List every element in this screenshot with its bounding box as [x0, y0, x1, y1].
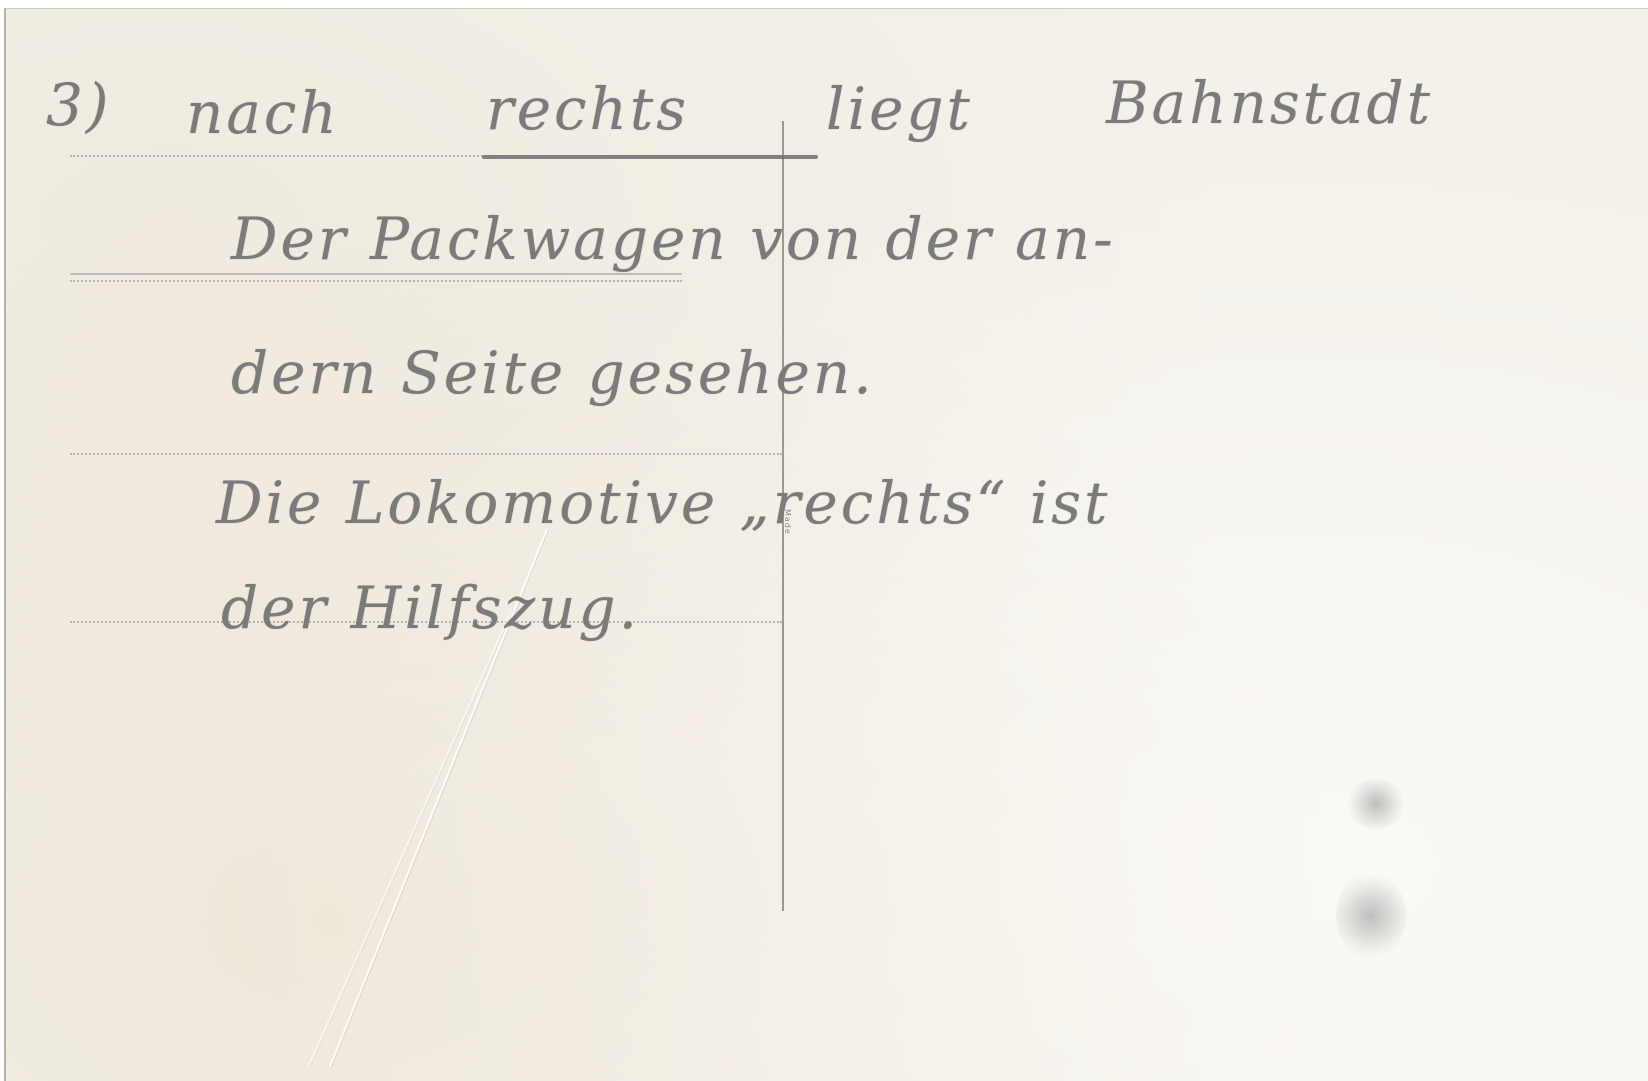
pencil-smudge: [1336, 871, 1406, 961]
handwritten-word-underlined: rechts: [486, 75, 689, 143]
pencil-underline: [482, 155, 818, 159]
address-line-2-solid: [70, 273, 682, 275]
handwritten-word: Bahnstadt: [1106, 69, 1433, 137]
handwritten-word: nach: [186, 79, 340, 147]
postcard-back: Made 3) nach rechts liegt Bahnstadt Der …: [4, 8, 1648, 1081]
handwritten-line-4: Die Lokomotive „rechts“ ist: [216, 469, 1110, 537]
pencil-smudge: [1346, 779, 1406, 829]
paper-crease: [308, 609, 513, 1067]
handwritten-line-5: der Hilfszug.: [221, 574, 640, 642]
item-number: 3): [46, 71, 112, 139]
address-line-3: [70, 453, 782, 455]
handwritten-word: liegt: [826, 75, 973, 143]
handwritten-line-2: Der Packwagen von der an-: [231, 205, 1116, 273]
address-line-2-dotted: [70, 280, 682, 282]
handwritten-line-3: dern Seite gesehen.: [231, 339, 875, 407]
